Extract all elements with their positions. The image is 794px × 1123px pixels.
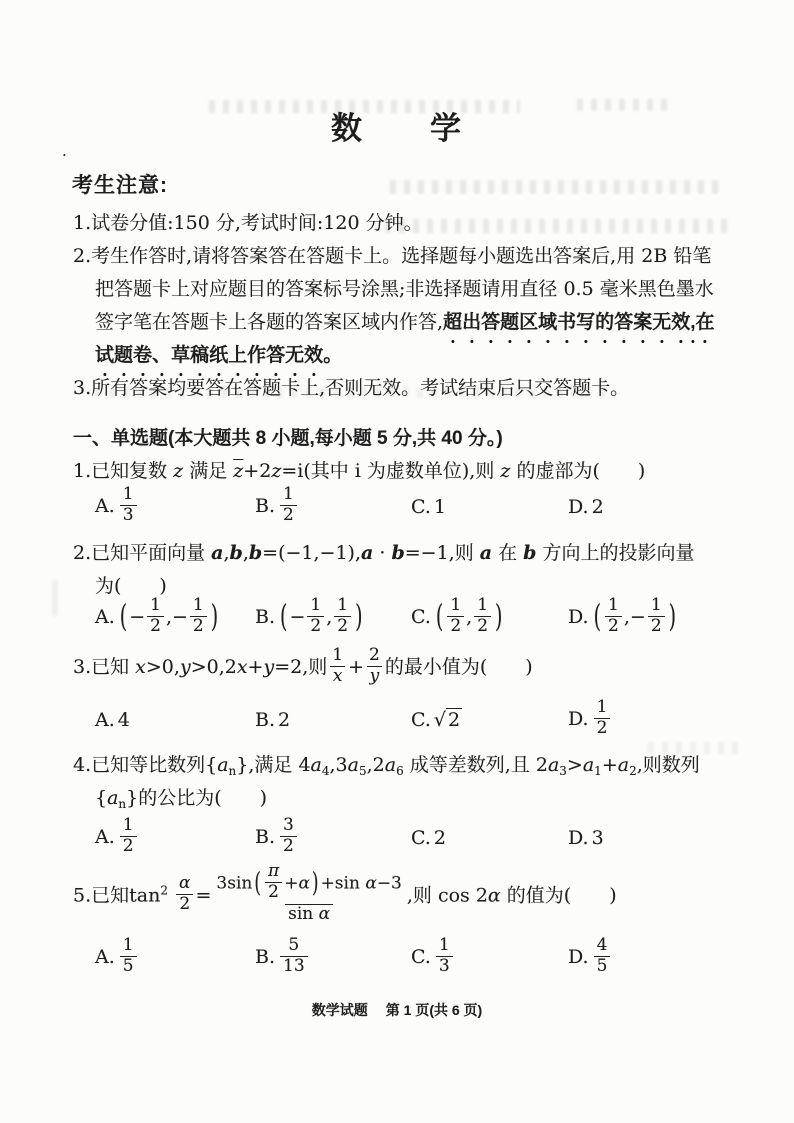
section-1-heading: 一、单选题(本大题共 8 小题,每小题 5 分,共 40 分。) [73, 423, 503, 450]
option-value: (−12,12) [278, 606, 364, 628]
question-4-options: A.12 B.32 C.2 D.3 [95, 818, 755, 858]
option-label: C. [411, 946, 431, 968]
question-1-options: A.13 B.12 C.1 D.2 [95, 487, 755, 527]
option-value: 13 [118, 495, 139, 517]
page-footer: 数学试题第 1 页(共 6 页) [0, 1000, 794, 1020]
question-1-option-c: C.1 [411, 496, 568, 518]
option-label: B. [255, 495, 275, 517]
notice-item-2-line-2: 把答题卡上对应题目的答案标号涂黑;非选择题请用直径 0.5 毫米黑色墨水 [95, 274, 714, 304]
stray-dot-mark: · [62, 146, 67, 164]
option-value: (−12,−12) [118, 606, 220, 628]
option-label: D. [568, 496, 589, 518]
question-1-option-d: D.2 [568, 496, 755, 518]
option-value: (12,12) [434, 606, 505, 628]
option-value: √2 [434, 708, 462, 731]
option-label: D. [568, 827, 589, 849]
option-value: 513 [278, 946, 310, 968]
notice-heading: 考生注意: [72, 169, 168, 199]
option-label: D. [568, 946, 589, 968]
option-label: D. [568, 708, 589, 730]
option-label: D. [568, 606, 589, 628]
option-label: B. [255, 946, 275, 968]
option-value: 2 [278, 709, 290, 731]
question-1-option-a: A.13 [95, 487, 255, 527]
question-1-stem: 1.已知复数 z 满足 z+2z=i(其中 i 为虚数单位),则 z 的虚部为(… [73, 456, 645, 483]
option-value: 2 [592, 496, 604, 518]
question-3-stem: 3.已知 x>0,y>0,2x+y=2,则1x+2y的最小值为( ) [73, 648, 533, 688]
question-3-options: A.4 B.2 C.√2 D.12 [95, 700, 755, 740]
option-value: 1 [434, 496, 446, 518]
question-3-option-c: C.√2 [411, 709, 568, 731]
question-5-option-d: D.45 [568, 938, 755, 978]
question-5-option-a: A.15 [95, 938, 255, 978]
question-2-options: A.(−12,−12) B.(−12,12) C.(12,12) D.(12,−… [95, 598, 755, 638]
option-value: 13 [434, 946, 455, 968]
option-value: 12 [118, 826, 139, 848]
option-value: 12 [592, 708, 613, 730]
option-label: A. [95, 826, 115, 848]
option-value: 45 [592, 946, 613, 968]
question-4-option-d: D.3 [568, 827, 755, 849]
option-value: 12 [278, 495, 299, 517]
notice-item-2-line-1: 2.考生作答时,请将答案答在答题卡上。选择题每小题选出答案后,用 2B 铅笔 [73, 241, 711, 271]
question-5-stem: 5.已知tan2 α2=3sin(π2+α)+sin α−3sin α,则 co… [73, 866, 617, 927]
notice-item-2-line-3: 签字笔在答题卡上各题的答案区域内作答,超出答题区域书写的答案无效,在 [95, 307, 715, 338]
option-value: 2 [434, 827, 446, 849]
option-label: B. [255, 606, 275, 628]
question-2-option-a: A.(−12,−12) [95, 598, 255, 638]
exam-paper-page: 数 学 · 考生注意: 1.试卷分值:150 分,考试时间:120 分钟。 2.… [0, 0, 794, 1123]
bleed-through-artifact [390, 180, 720, 194]
option-value: (12,−12) [592, 606, 678, 628]
question-4-stem: 4.已知等比数列{an},满足 4a4,3a5,2a6 成等差数列,且 2a3>… [73, 750, 700, 777]
question-3-option-b: B.2 [255, 709, 411, 731]
question-2-option-d: D.(12,−12) [568, 598, 755, 638]
option-value: 4 [118, 709, 130, 731]
option-label: C. [411, 827, 431, 849]
option-value: 3 [592, 827, 604, 849]
question-5-option-b: B.513 [255, 938, 411, 978]
option-label: B. [255, 826, 275, 848]
option-value: 32 [278, 826, 299, 848]
option-label: A. [95, 946, 115, 968]
question-4-stem-line-2: {an}的公比为( ) [95, 783, 267, 810]
question-5-options: A.15 B.513 C.13 D.45 [95, 938, 755, 978]
option-value: 15 [118, 946, 139, 968]
question-5-option-c: C.13 [411, 938, 568, 978]
notice-item-1: 1.试卷分值:150 分,考试时间:120 分钟。 [73, 208, 423, 238]
footer-doc-label: 数学试题 [312, 1002, 368, 1018]
notice-item-2-line-4: 试题卷、草稿纸上作答无效。 [95, 340, 342, 371]
question-3-option-d: D.12 [568, 700, 755, 740]
bleed-through-artifact [52, 580, 64, 616]
bleed-through-artifact [385, 219, 735, 233]
question-2-stem: 2.已知平面向量 a,b,b=(−1,−1),a · b=−1,则 a 在 b … [73, 538, 695, 565]
footer-page-number: 第 1 页(共 6 页) [386, 1002, 482, 1018]
option-label: C. [411, 496, 431, 518]
question-1-option-b: B.12 [255, 487, 411, 527]
option-label: A. [95, 709, 115, 731]
notice-item-3: 3.所有答案均要答在答题卡上,否则无效。考试结束后只交答题卡。 [73, 373, 629, 403]
question-2-option-b: B.(−12,12) [255, 598, 411, 638]
question-4-option-b: B.32 [255, 818, 411, 858]
option-label: B. [255, 709, 275, 731]
question-2-stem-line-2: 为( ) [95, 571, 167, 598]
option-label: C. [411, 709, 431, 731]
page-title: 数 学 [0, 103, 794, 148]
question-4-option-a: A.12 [95, 818, 255, 858]
question-2-option-c: C.(12,12) [411, 598, 568, 638]
option-label: A. [95, 495, 115, 517]
option-label: C. [411, 606, 431, 628]
question-3-option-a: A.4 [95, 709, 255, 731]
question-4-option-c: C.2 [411, 827, 568, 849]
option-label: A. [95, 606, 115, 628]
